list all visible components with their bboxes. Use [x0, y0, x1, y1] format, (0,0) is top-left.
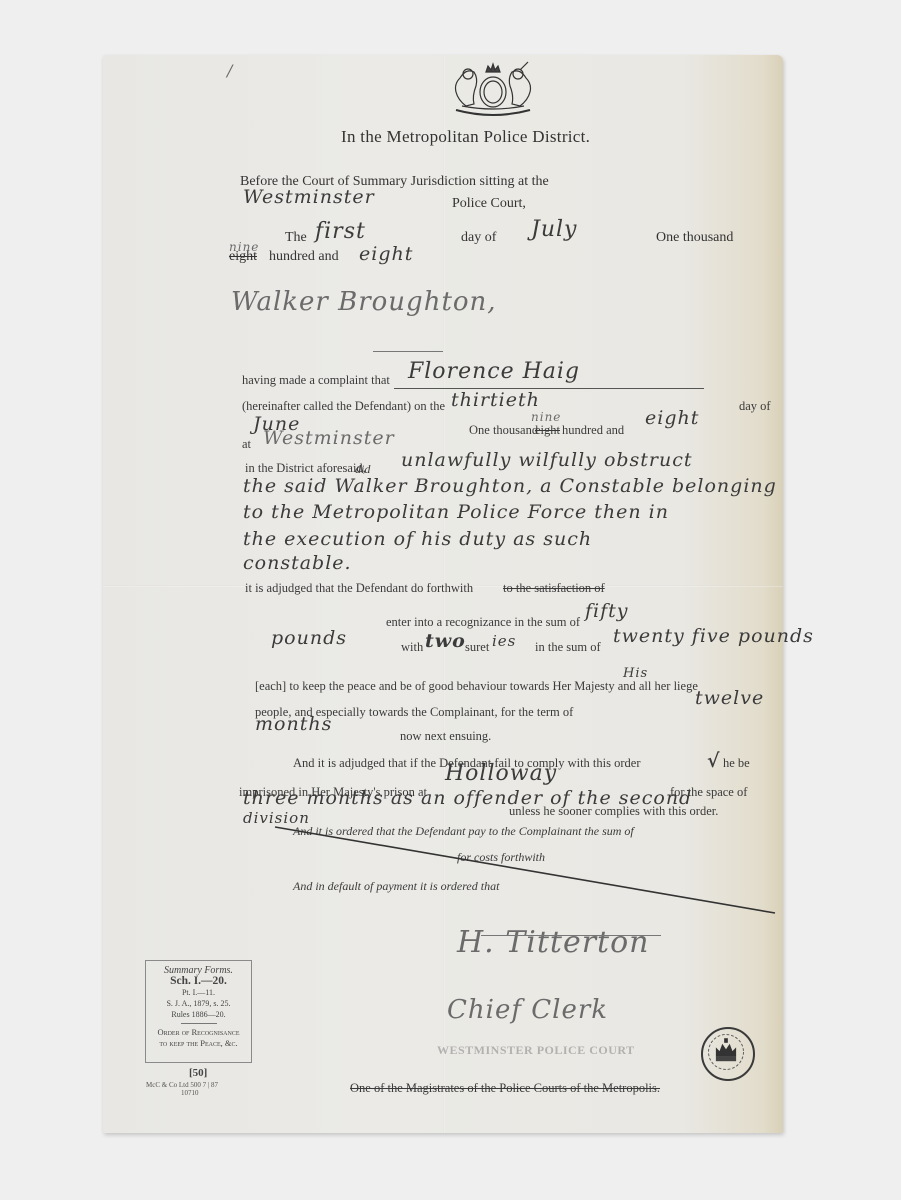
offence-day-of: day of	[739, 399, 771, 414]
schedule-divider	[181, 1023, 217, 1024]
printer-imprint: McC & Co Ltd 500 7 | 87	[146, 1081, 218, 1089]
prison-handwritten: Holloway	[445, 761, 557, 786]
offence-handwritten-line-3: to the Metropolitan Police Force then in	[243, 501, 669, 523]
date-eight-struck: eight	[229, 249, 257, 265]
offence-year-printed-b: hundred and	[562, 423, 624, 438]
signature-handwritten: H. Titterton	[457, 925, 649, 960]
date-day-of: day of	[461, 230, 496, 246]
date-month-handwritten: July	[531, 217, 577, 242]
court-suffix: Police Court,	[452, 196, 526, 212]
date-one-thousand: One thousand	[656, 230, 733, 246]
royal-coat-of-arms-icon	[440, 58, 546, 118]
date-the: The	[285, 230, 307, 246]
schedule-line-7: to keep the Peace, &c.	[146, 1038, 251, 1049]
ensuing-text: now next ensuing.	[400, 729, 491, 744]
offence-year-printed-a: One thousand	[469, 423, 538, 438]
offence-handwritten-line-4: the execution of his duty as such	[243, 528, 592, 550]
signature-title-handwritten: Chief Clerk	[447, 995, 608, 1025]
court-stamp: WESTMINSTER POLICE COURT	[437, 1043, 635, 1058]
recognizance-sum-handwritten: fifty	[585, 600, 629, 622]
form-number: [50]	[189, 1067, 207, 1079]
surety-sum-intro: in the sum of	[535, 640, 601, 655]
sureties-printed: suret	[465, 640, 489, 655]
document-title: In the Metropolitan Police District.	[341, 127, 590, 147]
schedule-form-box: Summary Forms. Sch. I.—20. Pt. I.—11. S.…	[145, 960, 252, 1063]
schedule-line-3: Pt. I.—11.	[146, 987, 251, 998]
peace-line: [each] to keep the peace and be of good …	[255, 679, 698, 694]
offence-handwritten-line-5: constable.	[243, 552, 352, 574]
adjudged-line: it is adjudged that the Defendant do for…	[245, 581, 473, 596]
at-text: at	[242, 437, 251, 452]
defendant-underline	[394, 388, 704, 389]
offence-handwritten-line-2: the said Walker Broughton, a Constable b…	[243, 475, 777, 497]
peace-correction-handwritten: His	[623, 666, 648, 681]
offence-day-handwritten: thirtieth	[451, 389, 540, 411]
offence-year-handwritten: eight	[645, 407, 699, 429]
costs-struck-line-1: And it is ordered that the Defendant pay…	[293, 824, 634, 839]
magistrate-line-struck: One of the Magistrates of the Police Cou…	[350, 1081, 660, 1096]
term-handwritten: twelve	[695, 687, 764, 709]
pounds-handwritten: pounds	[271, 627, 347, 649]
offence-nine-handwritten: nine	[531, 410, 561, 424]
default-tick-mark: √	[707, 750, 721, 772]
complainant-underline	[373, 351, 443, 352]
date-day-handwritten: first	[315, 219, 366, 244]
sureties-count-handwritten: two	[425, 630, 466, 652]
date-hundred-and: hundred and	[269, 249, 339, 265]
recognizance-line: enter into a recognizance in the sum of	[386, 615, 580, 630]
date-year-handwritten: eight	[359, 243, 413, 265]
defendant-handwritten: Florence Haig	[408, 359, 580, 384]
offence-eight-struck: eight	[535, 423, 560, 438]
district-line: in the District aforesaid,	[245, 461, 366, 476]
surety-sum-handwritten: twenty five pounds	[613, 625, 814, 647]
adjudged-struck: to the satisfaction of	[503, 581, 605, 596]
schedule-line-2: Sch. I.—20.	[146, 976, 251, 987]
hereinafter-text: (hereinafter called the Defendant) on th…	[242, 399, 445, 414]
schedule-line-6: Order of Recognisance	[146, 1027, 251, 1038]
schedule-line-5: Rules 1886—20.	[146, 1009, 251, 1020]
crown-seal-icon	[701, 1027, 755, 1081]
place-handwritten: Westminster	[263, 427, 395, 449]
sureties-suffix-handwritten: ies	[492, 632, 516, 650]
corner-mark: /	[227, 61, 233, 80]
schedule-line-4: S. J. A., 1879, s. 25.	[146, 998, 251, 1009]
costs-struck-line-3: And in default of payment it is ordered …	[293, 879, 499, 894]
printer-code: 10710	[181, 1089, 199, 1097]
signature-overline	[481, 935, 661, 936]
unless-line: unless he sooner complies with this orde…	[509, 804, 718, 819]
complainant-handwritten: Walker Broughton,	[231, 287, 497, 317]
default-he-be: he be	[723, 756, 750, 771]
with-text: with	[401, 640, 423, 655]
court-name-handwritten: Westminster	[243, 186, 375, 208]
costs-struck-line-2: for costs forthwith	[457, 850, 545, 865]
document-sheet: / In the Metropolitan Police District. B…	[103, 55, 783, 1133]
complaint-intro: having made a complaint that	[242, 373, 390, 388]
offence-handwritten-line-1: unlawfully wilfully obstruct	[401, 449, 693, 471]
term-unit-handwritten: months	[255, 713, 332, 735]
